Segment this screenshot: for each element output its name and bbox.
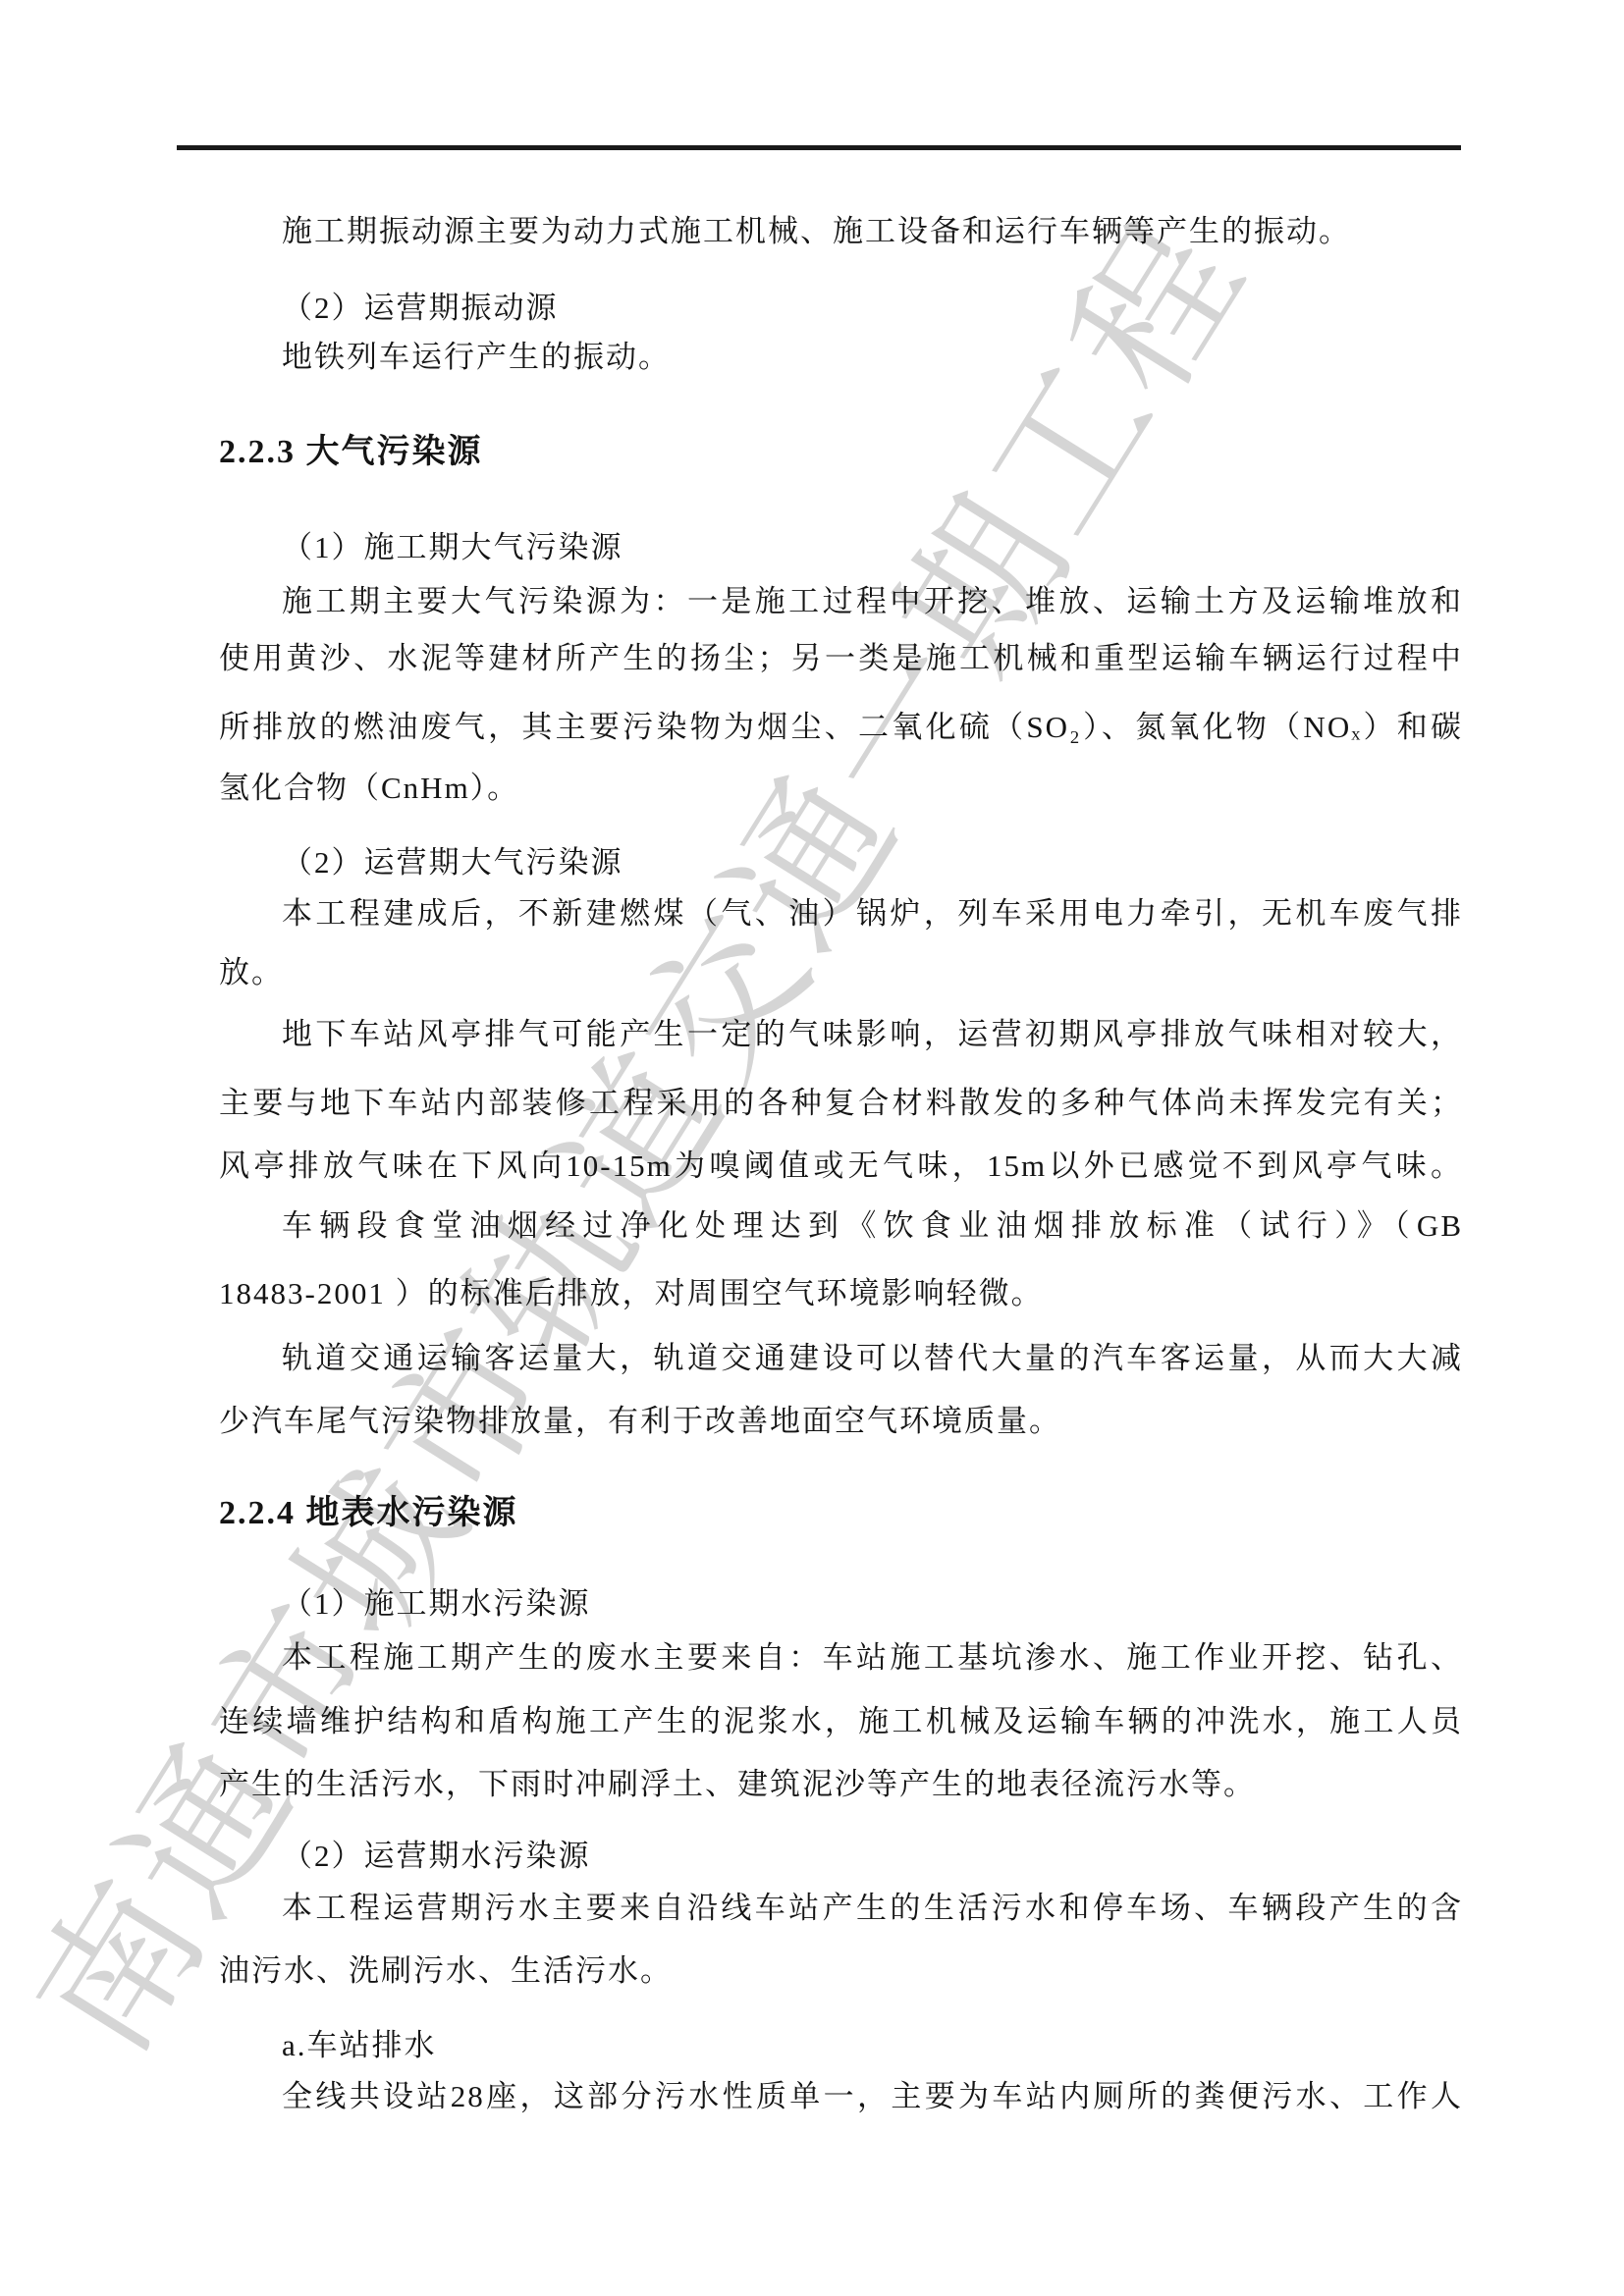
document-page: 南通市城市轨道交通一期工程 施工期振动源主要为动力式施工机械、施工设备和运行车辆… (0, 0, 1624, 2296)
text-line: 油污水、洗刷污水、生活污水。 (219, 1950, 1463, 1992)
text-line: 主要与地下车站内部装修工程采用的各种复合材料散发的多种气体尚未挥发完有关； (219, 1083, 1463, 1124)
text-line: 18483-2001 ）的标准后排放，对周围空气环境影响轻微。 (219, 1273, 1463, 1314)
text-line: 轨道交通运输客运量大，轨道交通建设可以替代大量的汽车客运量，从而大大减 (219, 1338, 1463, 1379)
text-line: 全线共设站28座，这部分污水性质单一，主要为车站内厕所的粪便污水、工作人 (219, 2076, 1463, 2117)
text-line: （1）施工期大气污染源 (219, 527, 1463, 568)
text-line: 本工程建成后，不新建燃煤（气、油）锅炉，列车采用电力牵引，无机车废气排 (219, 893, 1463, 934)
text-line: 产生的生活污水，下雨时冲刷浮土、建筑泥沙等产生的地表径流污水等。 (219, 1764, 1463, 1805)
text-line: 氢化合物（CnHm）。 (219, 768, 1463, 809)
text-line: 地铁列车运行产生的振动。 (219, 337, 1463, 378)
text-line: 少汽车尾气污染物排放量，有利于改善地面空气环境质量。 (219, 1401, 1463, 1442)
text-line: 地下车站风亭排气可能产生一定的气味影响，运营初期风亭排放气味相对较大， (219, 1014, 1463, 1055)
text-line: 连续墙维护结构和盾构施工产生的泥浆水，施工机械及运输车辆的冲洗水，施工人员 (219, 1701, 1463, 1742)
text-line: a.车站排水 (219, 2025, 1463, 2066)
text-line: 放。 (219, 952, 1463, 993)
section-heading: 2.2.3 大气污染源 (219, 432, 1463, 473)
text-line: 所排放的燃油废气，其主要污染物为烟尘、二氧化硫（SO₂）、氮氧化物（NOₓ）和碳 (219, 707, 1463, 748)
text-line: 施工期振动源主要为动力式施工机械、施工设备和运行车辆等产生的振动。 (219, 211, 1463, 252)
text-line: 施工期主要大气污染源为：一是施工过程中开挖、堆放、运输土方及运输堆放和 (219, 581, 1463, 622)
text-line: （2）运营期水污染源 (219, 1836, 1463, 1877)
text-line: 本工程运营期污水主要来自沿线车站产生的生活污水和停车场、车辆段产生的含 (219, 1888, 1463, 1929)
text-line: （2）运营期振动源 (219, 288, 1463, 329)
text-line: 使用黄沙、水泥等建材所产生的扬尘；另一类是施工机械和重型运输车辆运行过程中 (219, 638, 1463, 679)
text-line: （2）运营期大气污染源 (219, 842, 1463, 883)
document-body: 施工期振动源主要为动力式施工机械、施工设备和运行车辆等产生的振动。（2）运营期振… (0, 0, 1624, 2296)
text-line: （1）施工期水污染源 (219, 1583, 1463, 1625)
text-line: 车辆段食堂油烟经过净化处理达到《饮食业油烟排放标准（试行）》（GB (219, 1205, 1463, 1247)
text-line: 本工程施工期产生的废水主要来自：车站施工基坑渗水、施工作业开挖、钻孔、 (219, 1637, 1463, 1679)
text-line: 风亭排放气味在下风向10-15m为嗅阈值或无气味，15m以外已感觉不到风亭气味。 (219, 1146, 1463, 1187)
section-heading: 2.2.4 地表水污染源 (219, 1493, 1463, 1534)
